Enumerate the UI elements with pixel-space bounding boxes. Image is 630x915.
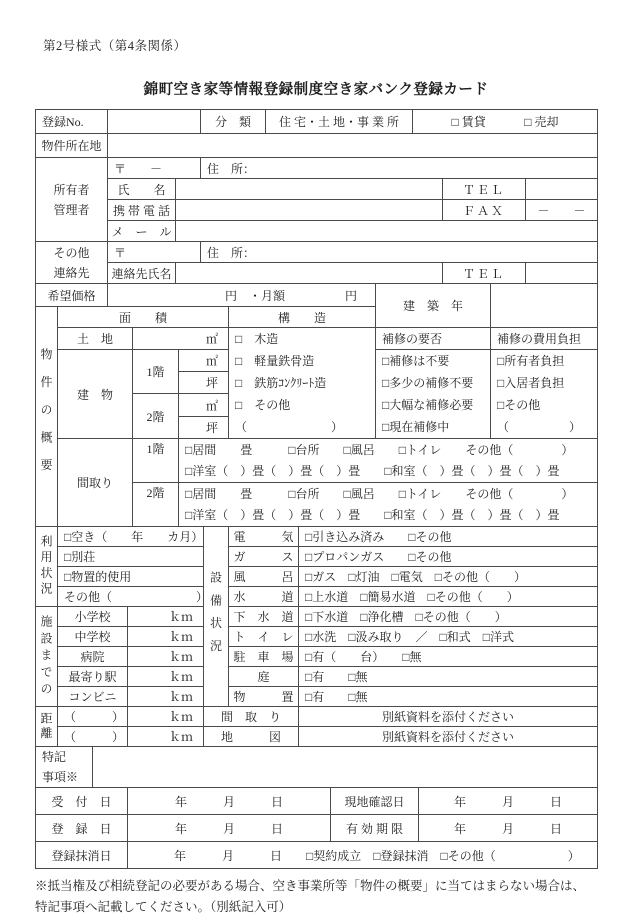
- equipment-side-label: 設備状況: [208, 571, 225, 662]
- structure-header: 構 造: [229, 307, 376, 328]
- owner-mobile-label: 携 帯 電 話: [108, 200, 176, 221]
- cost-options-cell: □所有者負担 □入居者負担 □その他 （ ）: [491, 350, 598, 439]
- floor-plan-label: 間 取 り: [204, 707, 299, 727]
- manager-label: 管理者: [36, 200, 107, 220]
- owner-table: 所有者 管理者 〒 － 住 所： 氏 名 ＴＥＬ 携 帯 電 話 ＦＡＸ － －…: [35, 157, 598, 242]
- cost-option: □入居者負担: [491, 372, 597, 394]
- usage-option: その他（ ）: [58, 587, 204, 607]
- area-header: 面 積: [58, 307, 229, 328]
- overview-side-label-cell: 物件の概要: [36, 307, 58, 527]
- built-year-label: 建 築 年: [376, 284, 491, 328]
- floor1-label: 1階: [133, 350, 179, 394]
- site-check-date-value: 年 月 日: [419, 788, 598, 815]
- equipment-value: □有 □無: [299, 687, 598, 707]
- distance-side-label-cell: 距離: [36, 707, 58, 747]
- other-label: その他: [36, 243, 107, 263]
- madori-line: □洋室（ ）畳（ ）畳（ ）畳 □和室（ ）畳（ ）畳（ ）畳: [179, 461, 597, 482]
- built-year-value-cell: [491, 284, 598, 328]
- usage-option: □別荘: [58, 547, 204, 567]
- usage-side-label-cell: 利用状況: [36, 527, 58, 607]
- facility-name: 病院: [58, 647, 128, 667]
- distance-km-cell: ｋｍ: [128, 707, 204, 727]
- madori-line: □居間 畳 □台所 □風呂 □トイレ その他（ ）: [179, 440, 597, 461]
- structure-option: □ 鉄筋ｺﾝｸﾘｰﾄ造: [229, 372, 375, 394]
- distance-paren-cell: （ ）: [58, 727, 128, 747]
- contact-address-label: 住 所：: [201, 242, 598, 263]
- map-label: 地 図: [204, 727, 299, 747]
- distance-km-cell: ｋｍ: [128, 727, 204, 747]
- usage-equipment-table: 利用状況 □空き（ 年 カ月） 設備状況 電 気 □引き込み済み □その他 □別…: [35, 526, 598, 747]
- form-number: 第2号様式（第4条関係）: [43, 36, 630, 54]
- structure-option: □ 軽量鉄骨造: [229, 350, 375, 372]
- floor1-sqm-cell: ㎡: [179, 350, 229, 372]
- page-title: 錦町空き家等情報登録制度空き家バンク登録カード: [35, 78, 597, 99]
- distance-side-label: 距離: [38, 712, 55, 741]
- cost-option: □所有者負担: [491, 350, 597, 372]
- notes-label-line: 特記: [42, 747, 92, 767]
- overview-side-label: 物件の概要: [38, 348, 55, 486]
- repair-option: □現在補修中: [376, 416, 490, 438]
- owner-fax-label: ＦＡＸ: [443, 200, 526, 221]
- owner-mobile-value-cell: [176, 200, 443, 221]
- facility-name: 小学校: [58, 607, 128, 627]
- equipment-value: □有 □無: [299, 667, 598, 687]
- other-contact-label-cell: その他 連絡先: [36, 242, 108, 284]
- facility-km-cell: ｋｍ: [128, 667, 204, 687]
- deletion-date-value: 年 月 日 □契約成立 □登録抹消 □その他（ ）: [128, 842, 598, 869]
- floor2-tsubo-cell: 坪: [179, 417, 229, 439]
- floor1-tsubo-cell: 坪: [179, 372, 229, 394]
- property-location-value-cell: [108, 134, 598, 158]
- owner-postal-label: 〒 －: [108, 158, 201, 179]
- equipment-value: □ガス □灯油 □電気 □その他（ ）: [299, 567, 598, 587]
- facility-km-cell: ｋｍ: [128, 647, 204, 667]
- repair-option: □大幅な補修必要: [376, 394, 490, 416]
- classification-options-cell: □ 賃貸 □ 売却: [413, 110, 598, 134]
- floor2-label: 2階: [133, 394, 179, 439]
- repair-option: □補修は不要: [376, 350, 490, 372]
- facility-name: コンビニ: [58, 687, 128, 707]
- usage-side-label: 利用状況: [38, 535, 55, 597]
- location-row-table: 物件所在地: [35, 133, 598, 158]
- registration-no-value-cell: [108, 110, 201, 134]
- equipment-name: 電 気: [229, 527, 299, 547]
- property-overview-table: 希望価格 円 ・月額 円 建 築 年 物件の概要 面 積 構 造 土 地 ㎡ □…: [35, 283, 598, 527]
- reception-date-label: 受 付 日: [36, 788, 128, 815]
- repair-options-cell: □補修は不要 □多少の補修不要 □大幅な補修必要 □現在補修中: [376, 350, 491, 439]
- equipment-value: □上水道 □簡易水道 □その他（ ）: [299, 587, 598, 607]
- madori-floor2-content: □居間 畳 □台所 □風呂 □トイレ その他（ ） □洋室（ ）畳（ ）畳（ ）…: [179, 483, 598, 527]
- floor-plan-value: 別紙資料を添付ください: [299, 707, 598, 727]
- usage-option: □物置的使用: [58, 567, 204, 587]
- contact-label: 連絡先: [36, 263, 107, 283]
- facility-name: 中学校: [58, 627, 128, 647]
- facility-km-cell: ｋｍ: [128, 627, 204, 647]
- equipment-side-label-cell: 設備状況: [204, 527, 229, 707]
- madori-floor2-label: 2階: [133, 483, 179, 527]
- owner-mail-value-cell: [176, 221, 598, 242]
- structure-option: （ ）: [229, 416, 375, 438]
- footnote-line2: 特記事項へ記載してください。（別紙記入可）: [35, 897, 605, 915]
- owner-tel-value-cell: [526, 179, 598, 200]
- contact-postal-label: 〒: [108, 242, 201, 263]
- structure-option: □ 木造: [229, 328, 375, 350]
- owner-label: 所有者: [36, 180, 107, 200]
- notes-table: 特記 事項※: [35, 746, 598, 788]
- form-page: 第2号様式（第4条関係） 錦町空き家等情報登録制度空き家バンク登録カード 登録N…: [0, 0, 630, 915]
- notes-label-cell: 特記 事項※: [36, 747, 93, 788]
- equipment-name: 風 呂: [229, 567, 299, 587]
- deletion-date-label: 登録抹消日: [36, 842, 128, 869]
- owner-name-value-cell: [176, 179, 443, 200]
- notes-value-cell: [93, 747, 598, 788]
- equipment-name: 庭: [229, 667, 299, 687]
- classification-value: 住 宅・土 地・事 業 所: [266, 110, 413, 134]
- expiry-date-value: 年 月 日: [419, 815, 598, 842]
- floor2-sqm-cell: ㎡: [179, 394, 229, 417]
- madori-label: 間取り: [58, 439, 133, 527]
- contact-tel-value-cell: [526, 263, 598, 284]
- reception-date-value: 年 月 日: [128, 788, 331, 815]
- registration-row-table: 登録No. 分 類 住 宅・土 地・事 業 所 □ 賃貸 □ 売却: [35, 109, 598, 134]
- owner-manager-label-cell: 所有者 管理者: [36, 158, 108, 242]
- owner-fax-value: － －: [526, 200, 598, 221]
- property-location-label: 物件所在地: [36, 134, 108, 158]
- equipment-value: □引き込み済み □その他: [299, 527, 598, 547]
- equipment-name: 下 水 道: [229, 607, 299, 627]
- equipment-value: □プロパンガス □その他: [299, 547, 598, 567]
- structure-option: □ その他: [229, 394, 375, 416]
- building-label: 建 物: [58, 350, 133, 439]
- madori-floor1-label: 1階: [133, 439, 179, 483]
- repair-option: □多少の補修不要: [376, 372, 490, 394]
- footnote-line1: ※抵当権及び相続登記の必要がある場合、空き事業所等「物件の概要」に当てはまらない…: [35, 876, 605, 897]
- registration-date-label: 登 録 日: [36, 815, 128, 842]
- price-value-cell: 円 ・月額 円: [108, 284, 376, 307]
- cost-header: 補修の費用負担: [491, 328, 598, 350]
- facility-km-cell: ｋｍ: [128, 607, 204, 627]
- distance-paren-cell: （ ）: [58, 707, 128, 727]
- land-area-value-cell: ㎡: [133, 328, 229, 350]
- contact-table: その他 連絡先 〒 住 所： 連絡先氏名 ＴＥＬ: [35, 241, 598, 284]
- expiry-date-label: 有 効 期 限: [331, 815, 419, 842]
- dates-table: 受 付 日 年 月 日 現地確認日 年 月 日 登 録 日 年 月 日 有 効 …: [35, 787, 598, 869]
- usage-option: □空き（ 年 カ月）: [58, 527, 204, 547]
- registration-date-value: 年 月 日: [128, 815, 331, 842]
- repair-header: 補修の要否: [376, 328, 491, 350]
- equipment-name: 駐 車 場: [229, 647, 299, 667]
- structure-options-cell: □ 木造 □ 軽量鉄骨造 □ 鉄筋ｺﾝｸﾘｰﾄ造 □ その他 （ ）: [229, 328, 376, 439]
- land-label: 土 地: [58, 328, 133, 350]
- madori-line: □居間 畳 □台所 □風呂 □トイレ その他（ ）: [179, 484, 597, 505]
- notes-label-line: 事項※: [42, 767, 92, 787]
- cost-option: （ ）: [491, 416, 597, 438]
- sell-checkbox-option: □ 売却: [524, 113, 558, 130]
- contact-tel-label: ＴＥＬ: [443, 263, 526, 284]
- site-check-date-label: 現地確認日: [331, 788, 419, 815]
- cost-option: □その他: [491, 394, 597, 416]
- facility-side-label: 施設までの: [38, 615, 55, 699]
- classification-label: 分 類: [201, 110, 266, 134]
- equipment-name: 水 道: [229, 587, 299, 607]
- equipment-value: □水洗 □汲み取り ／ □和式 □洋式: [299, 627, 598, 647]
- owner-name-label: 氏 名: [108, 179, 176, 200]
- contact-name-value-cell: [176, 263, 443, 284]
- rent-checkbox-option: □ 賃貸: [452, 113, 486, 130]
- owner-mail-label: メ ー ル: [108, 221, 176, 242]
- facility-name: 最寄り駅: [58, 667, 128, 687]
- equipment-name: ガ ス: [229, 547, 299, 567]
- contact-name-label: 連絡先氏名: [108, 263, 176, 284]
- footnote: ※抵当権及び相続登記の必要がある場合、空き事業所等「物件の概要」に当てはまらない…: [35, 876, 605, 915]
- equipment-value: □下水道 □浄化槽 □その他（ ）: [299, 607, 598, 627]
- equipment-value: □有（ 台） □無: [299, 647, 598, 667]
- facility-side-label-cell: 施設までの: [36, 607, 58, 707]
- map-value: 別紙資料を添付ください: [299, 727, 598, 747]
- madori-floor1-content: □居間 畳 □台所 □風呂 □トイレ その他（ ） □洋室（ ）畳（ ）畳（ ）…: [179, 439, 598, 483]
- madori-line: □洋室（ ）畳（ ）畳（ ）畳 □和室（ ）畳（ ）畳（ ）畳: [179, 505, 597, 526]
- equipment-name: 物 置: [229, 687, 299, 707]
- equipment-name: ト イ レ: [229, 627, 299, 647]
- owner-address-label: 住 所：: [201, 158, 598, 179]
- facility-km-cell: ｋｍ: [128, 687, 204, 707]
- price-label: 希望価格: [36, 284, 108, 307]
- registration-no-label: 登録No.: [36, 110, 108, 134]
- owner-tel-label: ＴＥＬ: [443, 179, 526, 200]
